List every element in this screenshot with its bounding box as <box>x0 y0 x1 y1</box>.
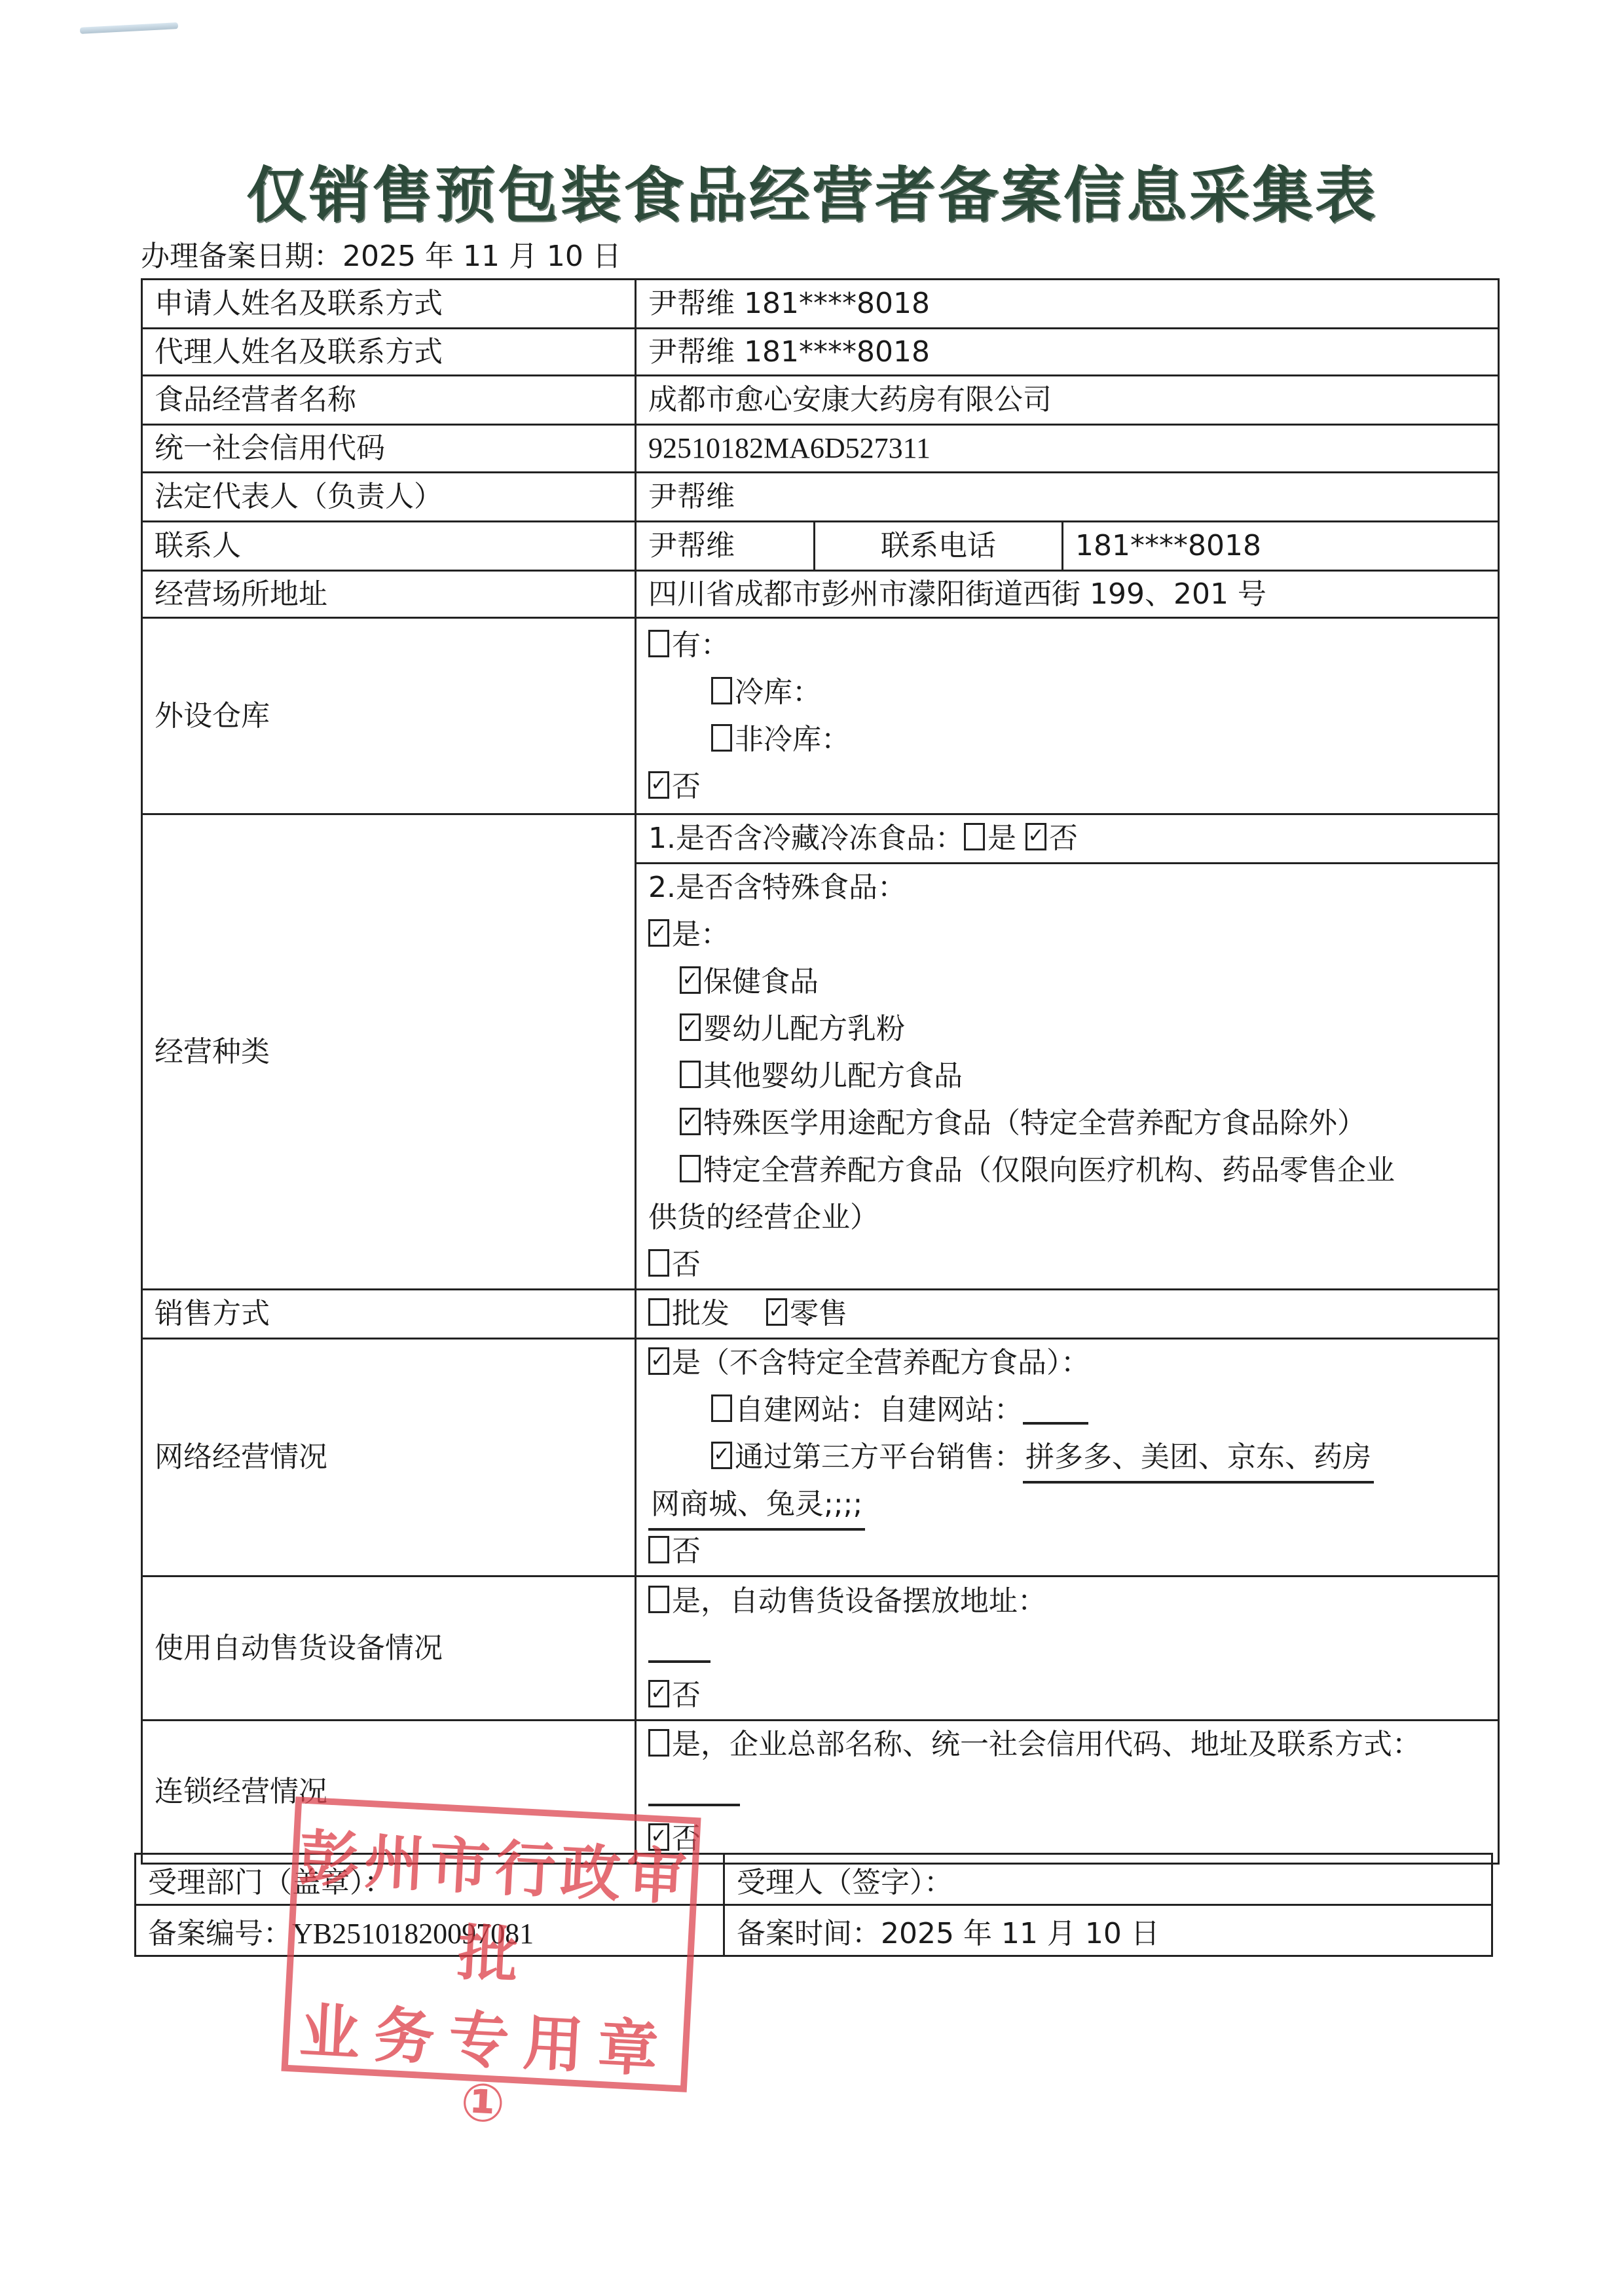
row-credit-code: 统一社会信用代码 92510182MA6D527311 <box>142 425 1499 473</box>
credit-code-label: 统一社会信用代码 <box>142 425 636 473</box>
handler-sign-field: 受理人（签字）： <box>724 1854 1492 1905</box>
vending-yes-option[interactable]: 是，自动售货设备摆放地址： <box>648 1578 1486 1625</box>
checkbox-checked-icon[interactable] <box>680 1108 701 1135</box>
address-value: 四川省成都市彭州市濛阳街道西街 199、201 号 <box>636 571 1499 618</box>
row-applicant: 申请人姓名及联系方式 尹帮维 181****8018 <box>142 280 1499 329</box>
record-number-value: YB25101820097081 <box>292 1918 534 1950</box>
checkbox-checked-icon[interactable] <box>648 919 669 947</box>
dept-stamp-field: 受理部门（盖章）： <box>136 1854 724 1905</box>
document-title: 仅销售预包装食品经营者备案信息采集表 <box>0 147 1624 234</box>
category-q2: 2.是否含特殊食品： 是： 保健食品 婴幼儿配方乳粉 其他婴幼儿配方食品 特殊医… <box>636 864 1499 1290</box>
checkbox-icon[interactable] <box>648 1729 669 1757</box>
category-label: 经营种类 <box>142 814 636 1290</box>
q2-item-full-nutrition-cont: 供货的经营企业） <box>648 1194 1486 1241</box>
warehouse-noncold-option[interactable]: 非冷库： <box>648 716 1486 763</box>
q2-item-full-nutrition[interactable]: 特定全营养配方食品（仅限向医疗机构、药品零售企业 <box>648 1147 1486 1194</box>
wholesale-option[interactable]: 批发 <box>648 1297 729 1330</box>
sales-mode-label: 销售方式 <box>142 1290 636 1339</box>
q2-question: 2.是否含特殊食品： <box>648 864 1486 911</box>
seal-number-icon: ① <box>285 2062 680 2143</box>
q2-item-health-food[interactable]: 保健食品 <box>648 958 1486 1006</box>
online-label: 网络经营情况 <box>142 1339 636 1576</box>
own-site-option[interactable]: 自建网站：自建网站： <box>648 1387 1486 1434</box>
checkbox-icon[interactable] <box>648 1586 669 1613</box>
filing-date-value: 2025 年 11 月 10 日 <box>342 240 621 273</box>
q2-yes-option[interactable]: 是： <box>648 911 1486 958</box>
checkbox-checked-icon[interactable] <box>680 966 701 994</box>
contact-value: 尹帮维 <box>636 522 815 571</box>
third-party-option[interactable]: 通过第三方平台销售：拼多多、美团、京东、药房 <box>648 1434 1486 1481</box>
record-time-value: 2025 年 11 月 10 日 <box>881 1917 1160 1950</box>
chain-label: 连锁经营情况 <box>142 1721 636 1864</box>
row-agent: 代理人姓名及联系方式 尹帮维 181****8018 <box>142 329 1499 376</box>
row-contact: 联系人 尹帮维 联系电话 181****8018 <box>142 522 1499 571</box>
row-warehouse: 外设仓库 有： 冷库： 非冷库： 否 <box>142 618 1499 814</box>
q2-item-infant-formula[interactable]: 婴幼儿配方乳粉 <box>648 1006 1486 1053</box>
row-legal-rep: 法定代表人（负责人） 尹帮维 <box>142 473 1499 522</box>
applicant-label: 申请人姓名及联系方式 <box>142 280 636 329</box>
checkbox-icon[interactable] <box>648 1249 669 1277</box>
warehouse-options: 有： 冷库： 非冷库： 否 <box>636 618 1499 814</box>
warehouse-label: 外设仓库 <box>142 618 636 814</box>
checkbox-checked-icon[interactable] <box>711 1442 732 1469</box>
checkbox-checked-icon[interactable] <box>648 771 669 799</box>
checkbox-icon[interactable] <box>711 1394 732 1422</box>
row-operator-name: 食品经营者名称 成都市愈心安康大药房有限公司 <box>142 376 1499 425</box>
checkbox-icon[interactable] <box>648 1298 669 1326</box>
checkbox-checked-icon[interactable] <box>1025 823 1046 850</box>
checkbox-icon[interactable] <box>711 724 732 752</box>
row-record: 备案编号：YB25101820097081 备案时间：2025 年 11 月 1… <box>136 1905 1492 1956</box>
info-table: 申请人姓名及联系方式 尹帮维 181****8018 代理人姓名及联系方式 尹帮… <box>141 278 1500 1865</box>
checkbox-checked-icon[interactable] <box>766 1298 787 1326</box>
q2-item-medical-formula[interactable]: 特殊医学用途配方食品（特定全营养配方食品除外） <box>648 1100 1486 1147</box>
acceptance-table: 受理部门（盖章）： 受理人（签字）： 备案编号：YB25101820097081… <box>134 1853 1493 1957</box>
online-yes-option[interactable]: 是（不含特定全营养配方食品）： <box>648 1339 1486 1387</box>
seal-line-2: 业务专用章 <box>288 1982 685 2089</box>
row-category-q1: 经营种类 1.是否含冷藏冷冻食品：是 否 <box>142 814 1499 864</box>
q2-no-option[interactable]: 否 <box>648 1241 1486 1288</box>
chain-blank-line <box>648 1768 1486 1815</box>
online-options: 是（不含特定全营养配方食品）： 自建网站：自建网站： 通过第三方平台销售：拼多多… <box>636 1339 1499 1576</box>
checkbox-checked-icon[interactable] <box>648 1347 669 1375</box>
row-online: 网络经营情况 是（不含特定全营养配方食品）： 自建网站：自建网站： 通过第三方平… <box>142 1339 1499 1576</box>
scan-artifact <box>80 22 178 34</box>
credit-code-value: 92510182MA6D527311 <box>636 425 1499 473</box>
contact-phone-value: 181****8018 <box>1063 522 1499 571</box>
chain-yes-option[interactable]: 是，企业总部名称、统一社会信用代码、地址及联系方式： <box>648 1721 1486 1768</box>
checkbox-checked-icon[interactable] <box>648 1680 669 1707</box>
vending-no-option[interactable]: 否 <box>648 1672 1486 1719</box>
row-acceptance: 受理部门（盖章）： 受理人（签字）： <box>136 1854 1492 1905</box>
checkbox-checked-icon[interactable] <box>648 1823 669 1851</box>
legal-rep-label: 法定代表人（负责人） <box>142 473 636 522</box>
checkbox-icon[interactable] <box>648 630 669 657</box>
row-vending: 使用自动售货设备情况 是，自动售货设备摆放地址： 否 <box>142 1576 1499 1721</box>
warehouse-cold-option[interactable]: 冷库： <box>648 669 1486 716</box>
category-q1: 1.是否含冷藏冷冻食品：是 否 <box>636 814 1499 864</box>
operator-name-value: 成都市愈心安康大药房有限公司 <box>636 376 1499 425</box>
checkbox-icon[interactable] <box>680 1061 701 1088</box>
online-no-option[interactable]: 否 <box>648 1528 1486 1575</box>
retail-option[interactable]: 零售 <box>766 1297 847 1330</box>
third-party-platforms-cont: 网商城、兔灵;;;; <box>648 1481 1486 1528</box>
checkbox-icon[interactable] <box>711 677 732 704</box>
contact-label: 联系人 <box>142 522 636 571</box>
checkbox-icon[interactable] <box>964 823 985 850</box>
checkbox-icon[interactable] <box>680 1155 701 1182</box>
chain-options: 是，企业总部名称、统一社会信用代码、地址及联系方式： 否 <box>636 1721 1499 1864</box>
operator-name-label: 食品经营者名称 <box>142 376 636 425</box>
agent-value: 尹帮维 181****8018 <box>636 329 1499 376</box>
vending-options: 是，自动售货设备摆放地址： 否 <box>636 1576 1499 1721</box>
contact-phone-label: 联系电话 <box>815 522 1063 571</box>
vending-blank-line <box>648 1625 1486 1672</box>
row-address: 经营场所地址 四川省成都市彭州市濛阳街道西街 199、201 号 <box>142 571 1499 618</box>
checkbox-checked-icon[interactable] <box>680 1013 701 1041</box>
record-time: 备案时间：2025 年 11 月 10 日 <box>724 1905 1492 1956</box>
third-party-platforms: 拼多多、美团、京东、药房 <box>1023 1434 1374 1484</box>
own-site-blank <box>1023 1396 1088 1425</box>
row-sales-mode: 销售方式 批发 零售 <box>142 1290 1499 1339</box>
address-label: 经营场所地址 <box>142 571 636 618</box>
vending-label: 使用自动售货设备情况 <box>142 1576 636 1721</box>
checkbox-icon[interactable] <box>648 1536 669 1563</box>
warehouse-no-option[interactable]: 否 <box>648 763 1486 811</box>
filing-date-label: 办理备案日期： <box>141 240 342 273</box>
record-number: 备案编号：YB25101820097081 <box>136 1905 724 1956</box>
sales-mode-options: 批发 零售 <box>636 1290 1499 1339</box>
warehouse-yes-option[interactable]: 有： <box>648 622 1486 669</box>
filing-date: 办理备案日期：2025 年 11 月 10 日 <box>141 232 621 274</box>
legal-rep-value: 尹帮维 <box>636 473 1499 522</box>
agent-label: 代理人姓名及联系方式 <box>142 329 636 376</box>
row-chain: 连锁经营情况 是，企业总部名称、统一社会信用代码、地址及联系方式： 否 <box>142 1721 1499 1864</box>
applicant-value: 尹帮维 181****8018 <box>636 280 1499 329</box>
q2-item-other-infant[interactable]: 其他婴幼儿配方食品 <box>648 1053 1486 1100</box>
